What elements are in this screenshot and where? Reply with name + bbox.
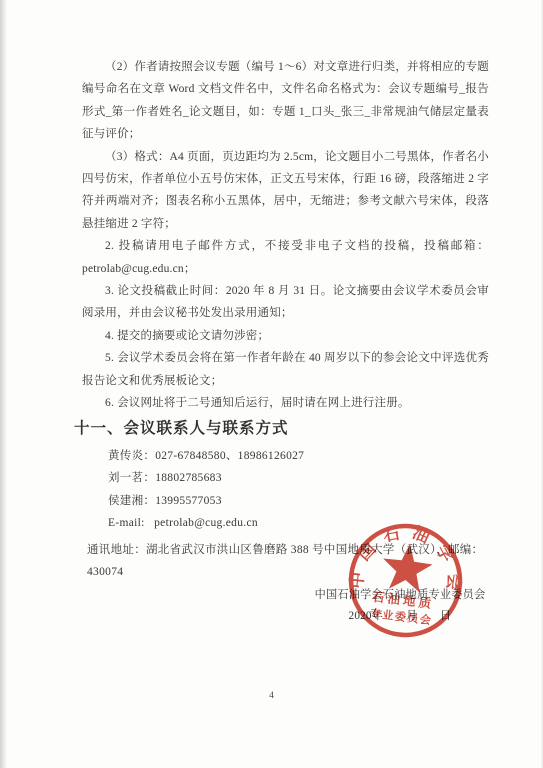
- red-star-icon: [380, 540, 435, 593]
- official-seal: 中国石油学会 石油地质 专业委员会: [338, 513, 473, 648]
- section-heading-contacts: 十一、会议联系人与联系方式: [74, 418, 489, 439]
- document-body: （2）作者请按照会议专题（编号 1～6）对文章进行归类，并将相应的专题编号命名在…: [0, 0, 543, 584]
- paragraph-award-selection: 5. 会议学术委员会将在第一作者年龄在 40 周岁以下的参会论文中评选优秀报告论…: [82, 347, 489, 392]
- contact-line-hou: 侯建湘：13995577053: [82, 490, 489, 513]
- contact-line-huang: 黄传炎：027-67848580、18986126027: [82, 445, 489, 468]
- paragraph-format-requirements: （3）格式：A4 页面，页边距均为 2.5cm，论文题目小二号黑体，作者名小四号…: [82, 146, 489, 236]
- paragraph-author-topic-naming: （2）作者请按照会议专题（编号 1～6）对文章进行归类，并将相应的专题编号命名在…: [82, 56, 489, 146]
- paragraph-confidentiality: 4. 提交的摘要或论文请勿涉密；: [82, 325, 489, 347]
- paragraph-submission-email: 2. 投稿请用电子邮件方式，不接受非电子文档的投稿，投稿邮箱：petrolab@…: [82, 235, 489, 280]
- seal-graphic: 中国石油学会 石油地质 专业委员会: [338, 513, 473, 648]
- page-number: 4: [0, 691, 543, 701]
- paragraph-website-registration: 6. 会议网址将于二号通知后运行，届时请在网上进行注册。: [82, 392, 489, 414]
- paragraph-deadline: 3. 论文投稿截止时间：2020 年 8 月 31 日。论文摘要由会议学术委员会…: [82, 280, 489, 325]
- seal-inner-line1: 石油地质: [371, 589, 435, 612]
- contact-line-liu: 刘一茗：18802785683: [82, 467, 489, 490]
- document-page: （2）作者请按照会议专题（编号 1～6）对文章进行归类，并将相应的专题编号命名在…: [0, 0, 543, 768]
